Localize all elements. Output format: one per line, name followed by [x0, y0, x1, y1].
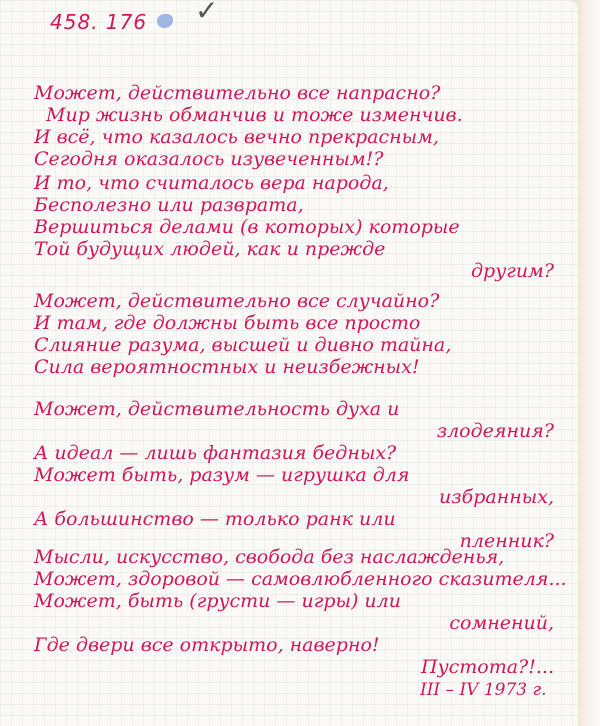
poem-line: Сила вероятностных и неизбежных!	[34, 356, 574, 378]
ink-blot	[157, 14, 173, 28]
stanza-1: Может, действительно все напрасно? Мир ж…	[34, 82, 574, 170]
stanza-4: Может, действительность духа и злодеяния…	[34, 398, 574, 552]
poem-line: Может, действительность духа и	[34, 398, 574, 420]
poem-line: А большинство — только ранк или	[34, 508, 574, 530]
catalog-number: 458. 176	[50, 10, 147, 34]
poem-line: Бесполезно или разврата,	[34, 194, 574, 216]
poem-line: И всё, что казалось вечно прекрасным,	[34, 126, 574, 148]
poem-line: Сегодня оказалось изувеченным!?	[34, 148, 574, 170]
stanza-3: Может, действительно все случайно? И там…	[34, 290, 574, 378]
poem-line: Может, действительно все случайно?	[34, 290, 574, 312]
poem-line: Той будущих людей, как и прежде	[34, 238, 574, 260]
poem-line: другим?	[34, 260, 574, 282]
poem-line: Может, действительно все напрасно?	[34, 82, 574, 104]
poem-line: Может, быть (грусти — игры) или	[34, 590, 574, 612]
manuscript-page: 458. 176 ✓ Может, действительно все напр…	[0, 0, 578, 726]
poem-line: А идеал — лишь фантазия бедных?	[34, 442, 574, 464]
poem-line: И то, что считалось вера народа,	[34, 172, 574, 194]
poem-line: избранных,	[34, 486, 574, 508]
poem-line: Мир жизнь обманчив и тоже изменчив.	[34, 104, 574, 126]
poem-line: Слияние разума, высшей и дивно тайна,	[34, 334, 574, 356]
poem-line: Мысли, искусство, свобода без наслаждень…	[34, 546, 574, 568]
poem-line: Может быть, разум — игрушка для	[34, 464, 574, 486]
stanza-5: Мысли, искусство, свобода без наслаждень…	[34, 546, 574, 678]
poem-line: Пустота?!...	[34, 656, 574, 678]
date-signature: III – IV 1973 г.	[420, 680, 547, 700]
stanza-2: И то, что считалось вера народа, Бесполе…	[34, 172, 574, 282]
poem-line: Где двери все открыто, наверно!	[34, 634, 574, 656]
page-edge	[578, 0, 600, 726]
poem-line: злодеяния?	[34, 420, 574, 442]
poem-line: И там, где должны быть все просто	[34, 312, 574, 334]
check-mark-icon: ✓	[195, 0, 218, 27]
poem-line: Может, здоровой — самовлюбленного сказит…	[34, 568, 574, 590]
poem-line: Вершиться делами (в которых) которые	[34, 216, 574, 238]
poem-line: сомнений,	[34, 612, 574, 634]
